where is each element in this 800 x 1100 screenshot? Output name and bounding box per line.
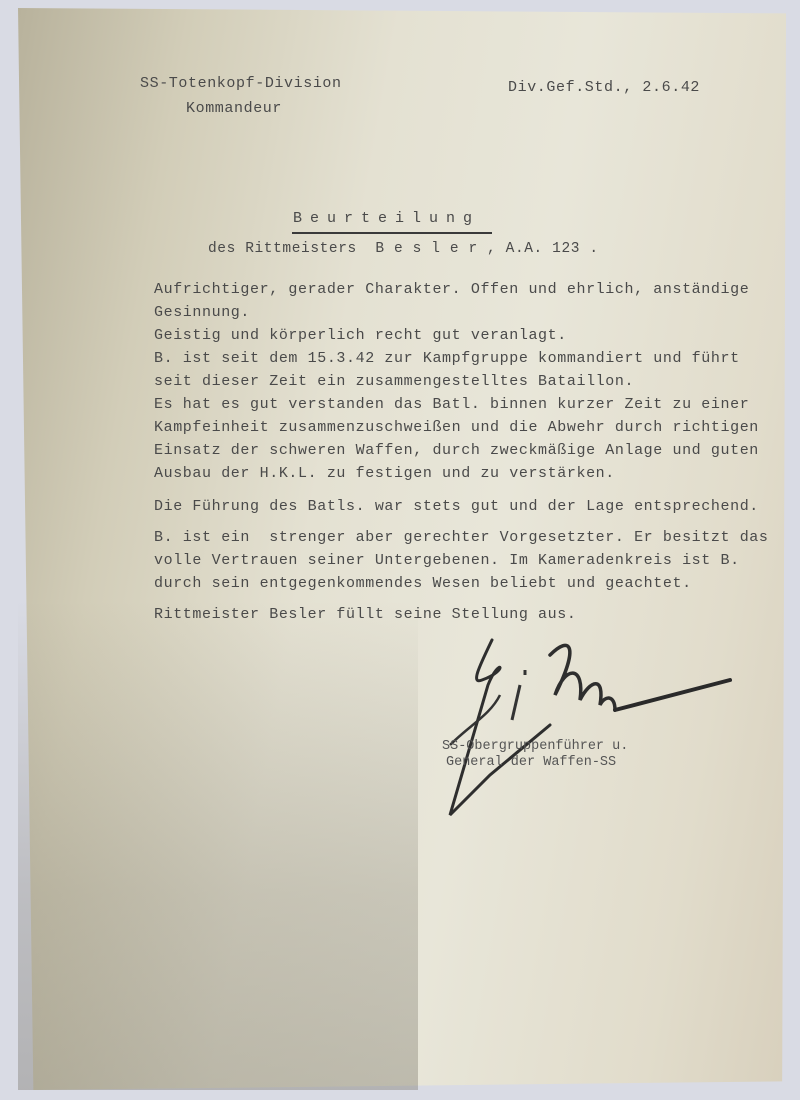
body-line: Die Führung des Batls. war stets gut und… <box>154 499 759 514</box>
document-subtitle: des Rittmeisters B e s l e r , A.A. 123 … <box>208 242 599 257</box>
body-line: B. ist ein strenger aber gerechter Vorge… <box>154 530 769 545</box>
signatory-rank: SS-Obergruppenführer u. <box>442 739 628 754</box>
header-place-date: Div.Gef.Std., 2.6.42 <box>508 80 700 95</box>
body-line: Es hat es gut verstanden das Batl. binne… <box>154 397 749 412</box>
body-line: volle Vertrauen seiner Untergebenen. Im … <box>154 553 740 568</box>
body-line: Kampfeinheit zusammenzuschweißen und die… <box>154 420 759 435</box>
body-line: Aufrichtiger, gerader Charakter. Offen u… <box>154 282 749 297</box>
header-unit: SS-Totenkopf-Division <box>140 76 342 91</box>
signatory-title: General der Waffen-SS <box>446 755 616 770</box>
title-underline <box>292 232 492 234</box>
header-role: Kommandeur <box>186 101 282 116</box>
body-line: Gesinnung. <box>154 305 250 320</box>
body-line: seit dieser Zeit ein zusammengestelltes … <box>154 374 634 389</box>
body-line: Geistig und körperlich recht gut veranla… <box>154 328 567 343</box>
paper-sheet <box>18 8 786 1090</box>
body-line: durch sein entgegenkommendes Wesen belie… <box>154 576 692 591</box>
document-title: Beurteilung <box>293 211 480 226</box>
body-line: Ausbau der H.K.L. zu festigen und zu ver… <box>154 466 615 481</box>
body-line: Rittmeister Besler füllt seine Stellung … <box>154 607 576 622</box>
body-line: B. ist seit dem 15.3.42 zur Kampfgruppe … <box>154 351 740 366</box>
body-line: Einsatz der schweren Waffen, durch zweck… <box>154 443 759 458</box>
handwritten-signature-icon <box>430 625 750 825</box>
